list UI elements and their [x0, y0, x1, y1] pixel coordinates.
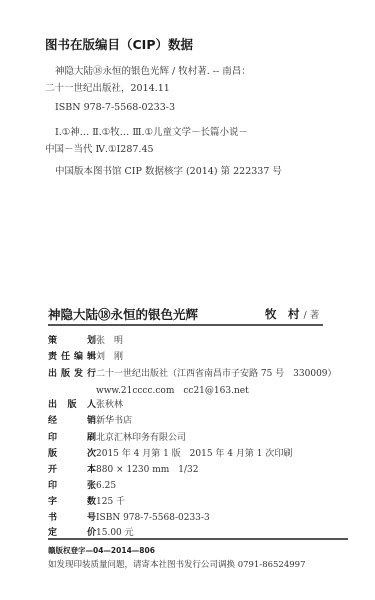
colophon-value: 6.25 — [96, 481, 116, 491]
colophon-label: 印刷 — [48, 430, 96, 443]
footer-divider — [48, 538, 348, 540]
colophon-row: 经销新华书店 — [48, 413, 132, 426]
label-char: 发 — [74, 366, 83, 379]
colophon-value: 张 明 — [96, 333, 123, 346]
colophon-row: 印张6.25 — [48, 478, 116, 491]
colophon-value: 880 × 1230 mm 1/32 — [96, 462, 199, 475]
colophon-label: 责任编辑 — [48, 349, 96, 362]
colophon-value: www.21cccc.com cc21@163.net — [96, 383, 249, 396]
label-char: 定 — [48, 525, 57, 538]
title-divider — [48, 324, 323, 326]
label-char: 辑 — [87, 349, 96, 362]
author-name: 牧 村 — [265, 307, 300, 321]
label-char: 经 — [48, 413, 57, 426]
label-char: 责 — [48, 349, 57, 362]
colophon-value: 刘 刚 — [96, 349, 123, 362]
colophon-row: 策划张 明 — [48, 333, 123, 346]
colophon-value: 2015 年 4 月第 1 版 2015 年 4 月第 1 次印刷 — [96, 446, 292, 459]
label-char: 张 — [87, 478, 96, 491]
label-char: 版 — [48, 446, 57, 459]
label-char: 策 — [48, 333, 57, 346]
colophon-row: 开本880 × 1230 mm 1/32 — [48, 462, 199, 475]
label-char: 销 — [87, 413, 96, 426]
colophon-label: 策划 — [48, 333, 96, 346]
label-char: 印 — [48, 478, 57, 491]
label-char: 本 — [87, 462, 96, 475]
colophon-value: 北京汇林印务有限公司 — [96, 430, 186, 443]
label-char: 人 — [87, 397, 96, 410]
label-char: 字 — [48, 494, 57, 507]
author: 牧 村 / 著 — [265, 306, 319, 322]
label-char: 刷 — [87, 430, 96, 443]
colophon-row: 责任编辑刘 刚 — [48, 349, 123, 362]
colophon-label: 出版人 — [48, 397, 96, 410]
cip-classification-line-2: 中国－当代 Ⅳ.①I287.45 — [45, 141, 154, 155]
label-char: 次 — [87, 446, 96, 459]
label-char: 数 — [87, 494, 96, 507]
label-char: 书 — [48, 510, 57, 523]
label-char: 行 — [87, 366, 96, 379]
colophon-label: 经销 — [48, 413, 96, 426]
label-char: 版 — [67, 397, 76, 410]
colophon-value: 张秋林 — [96, 397, 123, 410]
colophon-row: 出版人张秋林 — [48, 397, 123, 410]
cip-publisher-line: 二十一世纪出版社，2014.11 — [45, 80, 170, 94]
label-char: 号 — [87, 510, 96, 523]
colophon-label: 书号 — [48, 510, 96, 523]
colophon-label: 字数 — [48, 494, 96, 507]
colophon-row: 版次2015 年 4 月第 1 版 2015 年 4 月第 1 次印刷 — [48, 446, 292, 459]
colophon-label: 开本 — [48, 462, 96, 475]
cip-isbn-line: ISBN 978-7-5568-0233-3 — [55, 102, 175, 113]
colophon-row: 字数125 千 — [48, 494, 125, 507]
colophon-label: 出版发行 — [48, 366, 96, 379]
colophon-row: www.21cccc.com cc21@163.net — [48, 383, 249, 396]
colophon-row: 书号ISBN 978-7-5568-0233-3 — [48, 510, 210, 523]
label-char: 印 — [48, 430, 57, 443]
label-char: 任 — [61, 349, 70, 362]
colophon-value: 15.00 元 — [96, 525, 134, 538]
colophon-label: 印张 — [48, 478, 96, 491]
colophon-value: ISBN 978-7-5568-0233-3 — [96, 513, 210, 523]
label-char: 出 — [48, 366, 57, 379]
cip-heading: 图书在版编目（CIP）数据 — [45, 35, 193, 53]
label-char: 划 — [87, 333, 96, 346]
colophon-row: 印刷北京汇林印务有限公司 — [48, 430, 186, 443]
colophon-value: 125 千 — [96, 494, 125, 507]
label-char: 价 — [87, 525, 96, 538]
quality-notice: 如发现印装质量问题，请寄本社图书发行公司调换 0791-86524997 — [48, 558, 305, 570]
label-char: 出 — [48, 397, 57, 410]
cip-catalog-number: 中国版本图书馆 CIP 数据核字 (2014) 第 222337 号 — [55, 163, 282, 177]
colophon-label: 定价 — [48, 525, 96, 538]
colophon-value: 新华书店 — [96, 413, 132, 426]
cip-classification-line: Ⅰ.①神… Ⅱ.①牧… Ⅲ.①儿童文学－长篇小说－ — [55, 124, 248, 138]
colophon-row: 出版发行二十一世纪出版社（江西省南昌市子安路 75 号 330009） — [48, 366, 337, 379]
label-char: 版 — [61, 366, 70, 379]
cip-title-line: 神隐大陆⑱永恒的银色光辉 / 牧村著. -- 南昌： — [55, 63, 251, 77]
colophon-label: 版次 — [48, 446, 96, 459]
author-suffix: / 著 — [304, 310, 320, 321]
colophon-row: 定价15.00 元 — [48, 525, 134, 538]
copyright-registration: 赣版权登字—04—2014—806 — [48, 545, 155, 556]
colophon-value: 二十一世纪出版社（江西省南昌市子安路 75 号 330009） — [96, 366, 337, 379]
label-char: 开 — [48, 462, 57, 475]
book-title: 神隐大陆⑱永恒的银色光辉 — [48, 305, 198, 323]
label-char: 编 — [74, 349, 83, 362]
